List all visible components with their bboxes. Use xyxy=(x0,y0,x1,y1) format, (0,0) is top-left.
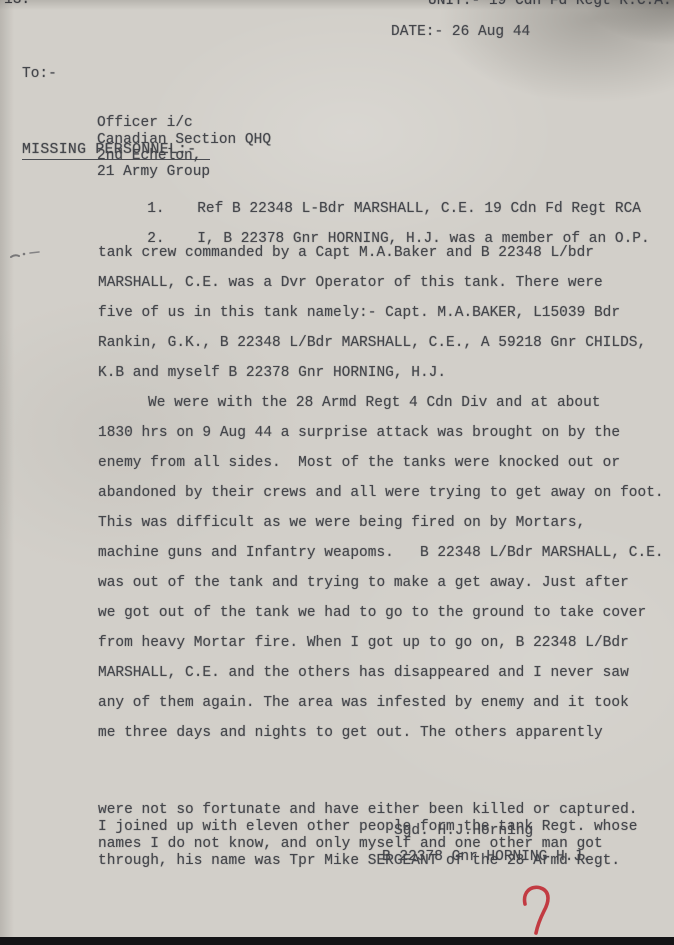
subject-heading: MISSING PERSONNEL:- xyxy=(22,142,210,160)
closing-line: I joined up with eleven other people for… xyxy=(98,819,638,836)
ink-smudge xyxy=(8,247,48,268)
body-line: MARSHALL, C.E. was a Dvr Operator of thi… xyxy=(0,275,674,305)
scan-edge-strip xyxy=(0,937,674,945)
body-line: Rankin, G.K., B 22348 L/Bdr MARSHALL, C.… xyxy=(0,335,674,365)
body-line: we got out of the tank we had to go to t… xyxy=(0,605,674,635)
body-line: abandoned by their crews and all were tr… xyxy=(0,485,674,515)
paragraph-1-number: 1. xyxy=(147,201,197,217)
cutoff-page-number: 13. xyxy=(4,0,30,8)
scanned-document-page: 13. UNIT:- 19 Cdn Fd Regt R.C.A. DATE:- … xyxy=(0,0,674,945)
body-line: tank crew commanded by a Capt M.A.Baker … xyxy=(0,245,674,275)
closing-line: were not so fortunate and have either be… xyxy=(98,802,638,819)
unit-line: UNIT:- 19 Cdn Fd Regt R.C.A. xyxy=(428,0,672,9)
body-line: was out of the tank and trying to make a… xyxy=(0,575,674,605)
recipient-line: Officer i/c xyxy=(97,115,271,131)
smudge-marks xyxy=(8,247,48,263)
paragraph-2-continuation: tank crew commanded by a Capt M.A.Baker … xyxy=(0,245,674,395)
paragraph-3-first-line: We were with the 28 Armd Regt 4 Cdn Div … xyxy=(0,395,674,425)
body-line: 1830 hrs on 9 Aug 44 a surprise attack w… xyxy=(0,425,674,455)
body-line: five of us in this tank namely:- Capt. M… xyxy=(0,305,674,335)
date-line: DATE:- 26 Aug 44 xyxy=(391,24,530,40)
paragraph-3-continuation: 1830 hrs on 9 Aug 44 a surprise attack w… xyxy=(0,425,674,755)
signature-name-line: Sgd. H.J.Horning xyxy=(394,823,533,839)
body-line: MARSHALL, C.E. and the others has disapp… xyxy=(0,665,674,695)
paragraph-1-text: Ref B 22348 L-Bdr MARSHALL, C.E. 19 Cdn … xyxy=(197,201,641,217)
body-line: from heavy Mortar fire. When I got up to… xyxy=(0,635,674,665)
report-body: 1.Ref B 22348 L-Bdr MARSHALL, C.E. 19 Cd… xyxy=(0,185,674,755)
signature-service-line: B 22378 Gnr HORNING H.J. xyxy=(382,849,591,865)
recipient-line: 21 Army Group xyxy=(97,164,271,180)
body-line: This was difficult as we were being fire… xyxy=(0,515,674,545)
address-block: To:- Officer i/cCanadian Section QHQ2nd … xyxy=(22,66,271,181)
body-line: enemy from all sides. Most of the tanks … xyxy=(0,455,674,485)
recipient-lines: Officer i/cCanadian Section QHQ2nd Echel… xyxy=(97,66,271,181)
handwritten-7-glyph xyxy=(518,882,562,938)
body-line: machine guns and Infantry weapoms. B 223… xyxy=(0,545,674,575)
body-line: any of them again. The area was infested… xyxy=(0,695,674,725)
paragraph-1-line: 1.Ref B 22348 L-Bdr MARSHALL, C.E. 19 Cd… xyxy=(0,185,674,215)
body-line: K.B and myself B 22378 Gnr HORNING, H.J. xyxy=(0,365,674,395)
handwritten-red-mark xyxy=(518,882,562,943)
to-label: To:- xyxy=(22,66,97,181)
